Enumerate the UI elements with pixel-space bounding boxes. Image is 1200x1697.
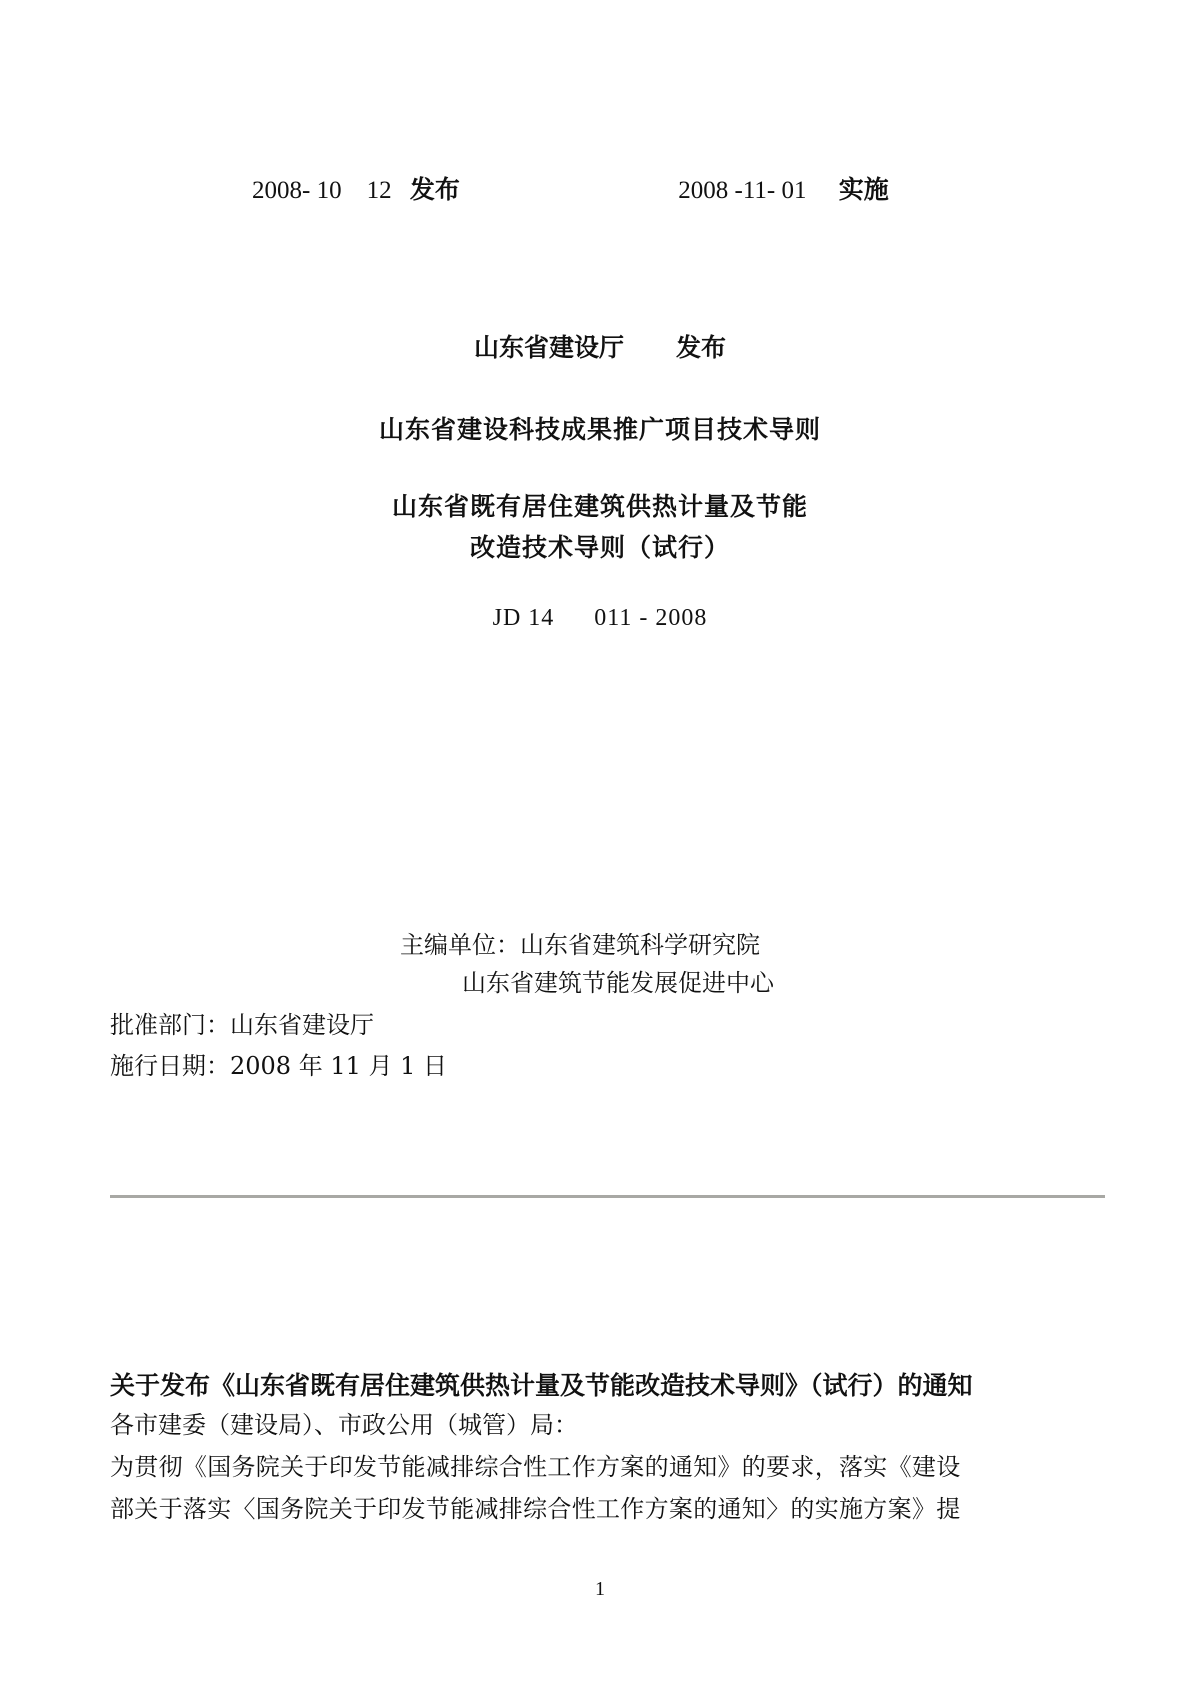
code-suffix: 011 - 2008 xyxy=(594,605,707,631)
chief-editor-line: 主编单位：山东省建筑科学研究院 xyxy=(400,925,760,960)
chief-editor-2: 山东省建筑节能发展促进中心 xyxy=(462,963,774,998)
publisher-name: 山东省建设厅 xyxy=(474,333,624,362)
document-title-line-2: 改造技术导则（试行） xyxy=(0,528,1200,564)
notice-title: 关于发布《山东省既有居住建筑供热计量及节能改造技术导则》（试行）的通知 xyxy=(110,1366,973,1402)
notice-addressee: 各市建委（建设局）、市政公用（城管）局： xyxy=(110,1405,578,1440)
effective-date-label: 施行日期： xyxy=(110,1052,230,1080)
effective-date-group: 2008 -11- 01 实施 xyxy=(678,170,889,206)
notice-body-line-1: 为贯彻《国务院关于印发节能减排综合性工作方案的通知》的要求，落实《建设 xyxy=(110,1447,961,1482)
publisher-line: 山东省建设厅发布 xyxy=(0,328,1200,364)
standard-code: JD 14011 - 2008 xyxy=(0,605,1200,632)
effective-date-value: 2008 年 11 月 1 日 xyxy=(230,1052,447,1080)
effective-date-line: 施行日期：2008 年 11 月 1 日 xyxy=(110,1046,447,1081)
issue-date: 2008- 10 12 xyxy=(252,177,392,205)
issue-date-group: 2008- 10 12 发布 xyxy=(252,170,672,206)
chief-editor-1: 山东省建筑科学研究院 xyxy=(520,931,760,959)
effective-date: 2008 -11- 01 xyxy=(678,177,806,205)
series-title: 山东省建设科技成果推广项目技术导则 xyxy=(0,410,1200,446)
code-prefix: JD 14 xyxy=(493,605,555,631)
release-dates-row: 2008- 10 12 发布 2008 -11- 01 实施 xyxy=(252,170,889,206)
approver-label: 批准部门： xyxy=(110,1011,230,1039)
notice-body-line-2: 部关于落实〈国务院关于印发节能减排综合性工作方案的通知〉的实施方案》提 xyxy=(110,1489,961,1524)
chief-editor-label: 主编单位： xyxy=(400,931,520,959)
page-number: 1 xyxy=(0,1578,1200,1601)
publisher-action: 发布 xyxy=(676,333,726,362)
approver-value: 山东省建设厅 xyxy=(230,1011,374,1039)
effective-label: 实施 xyxy=(839,170,889,206)
section-divider xyxy=(110,1195,1105,1198)
document-title-line-1: 山东省既有居住建筑供热计量及节能 xyxy=(0,487,1200,523)
approver-line: 批准部门：山东省建设厅 xyxy=(110,1005,374,1040)
issue-label: 发布 xyxy=(410,170,460,206)
